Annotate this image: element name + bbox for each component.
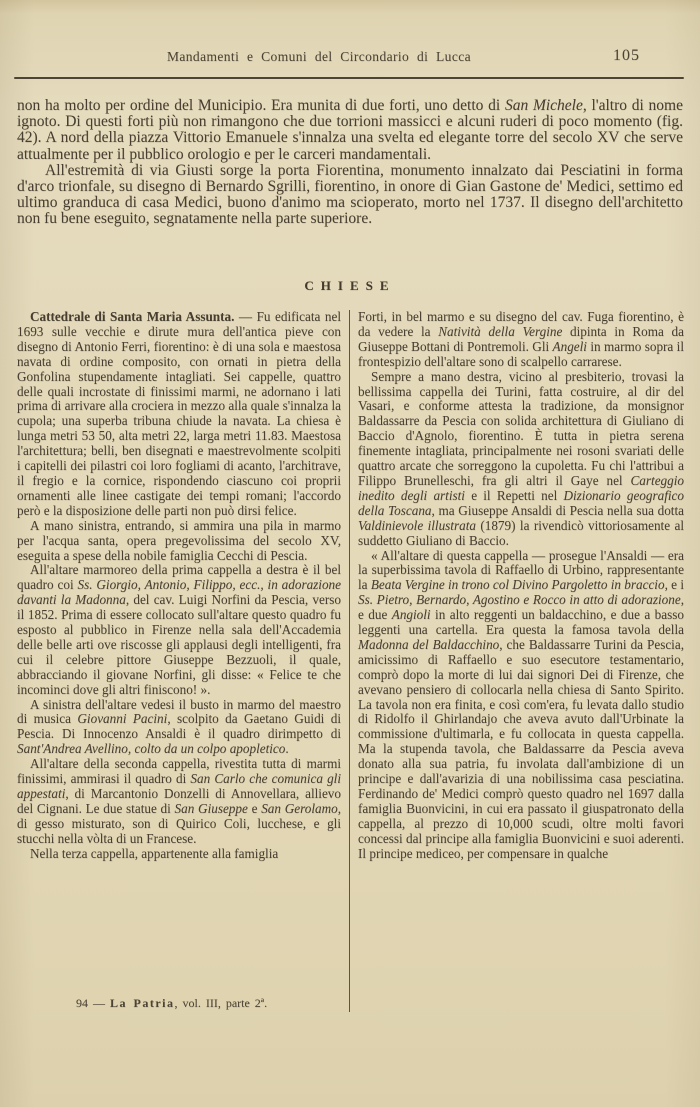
text-run: Sempre a mano destra, vicino al presbite… [358, 369, 684, 488]
text-run: , ma Giuseppe Ansaldi di Pescia nella su… [432, 503, 684, 518]
paragraph: All'estremità di via Giusti sorge la por… [17, 163, 683, 228]
text-run: e il Repetti nel [465, 488, 564, 503]
page-header: Mandamenti e Comuni del Circondario di L… [0, 49, 700, 69]
paragraph: A mano sinistra, entrando, si ammira una… [17, 519, 341, 564]
text-run: San Giuseppe [175, 801, 248, 816]
text-run: Madonna del Baldacchino [358, 637, 499, 652]
text-run: La Patria [110, 996, 175, 1010]
two-column-text: Cattedrale di Santa Maria Assunta. — Fu … [17, 310, 684, 1012]
header-rule [14, 77, 684, 79]
text-run: A mano sinistra, entrando, si ammira una… [17, 518, 341, 563]
left-column: Cattedrale di Santa Maria Assunta. — Fu … [17, 310, 349, 1012]
text-run: Nella terza cappella, appartenente alla … [30, 846, 278, 861]
paragraph: Sempre a mano destra, vicino al presbite… [358, 370, 684, 549]
running-title: Mandamenti e Comuni del Circondario di L… [0, 49, 638, 65]
paragraph: Cattedrale di Santa Maria Assunta. — Fu … [17, 310, 341, 519]
text-run: Natività della Vergine [438, 324, 562, 339]
paragraph: « All'altare di questa cappella — proseg… [358, 549, 684, 862]
text-run: San Gerolamo [261, 801, 338, 816]
paragraph: All'altare della seconda cappella, rives… [17, 757, 341, 846]
text-run: Ss. Pietro, Bernardo, Agostino e Rocco i… [358, 592, 681, 607]
text-run: — Fu edificata nel 1693 sulle vecchie e … [17, 310, 341, 518]
text-run: . [285, 741, 288, 756]
paragraph: non ha molto per ordine del Municipio. E… [17, 98, 683, 163]
text-run: Angeli [553, 339, 587, 354]
text-run: Angioli [392, 607, 431, 622]
right-column: Forti, in bel marmo e su disegno del cav… [349, 310, 684, 1012]
text-run: Giovanni Pacini [77, 711, 167, 726]
page-footer: 94 — La Patria, vol. III, parte 2ª. [76, 996, 267, 1011]
section-heading-chiese: CHIESE [0, 278, 700, 294]
text-run: Valdinievole illustrata [358, 518, 476, 533]
paragraph: Forti, in bel marmo e su disegno del cav… [358, 310, 684, 370]
text-run: , vol. III, parte 2ª. [175, 996, 268, 1010]
text-run: , del cav. Luigi Norfini da Pescia, vers… [17, 592, 341, 696]
text-run: Cattedrale di Santa Maria Assunta. [30, 310, 234, 324]
text-run: All'estremità di via Giusti sorge la por… [17, 162, 683, 228]
paragraph: Nella terza cappella, appartenente alla … [17, 847, 341, 862]
page-number: 105 [613, 47, 640, 65]
book-page: Mandamenti e Comuni del Circondario di L… [0, 0, 700, 1107]
text-run: Beata Vergine in trono col Divino Pargol… [371, 577, 665, 592]
text-run: 94 — [76, 996, 110, 1010]
text-run: e [248, 801, 261, 816]
text-run: , che Baldassarre Turini da Pescia, amic… [358, 637, 684, 861]
text-run: , e i [665, 577, 684, 592]
text-run: Sant'Andrea Avellino, colto da un colpo … [17, 741, 285, 756]
intro-text-block: non ha molto per ordine del Municipio. E… [17, 98, 683, 228]
paragraph: All'altare marmoreo della prima cappella… [17, 563, 341, 697]
paragraph: A sinistra dell'altare vedesi il busto i… [17, 698, 341, 758]
text-run: non ha molto per ordine del Municipio. E… [17, 97, 505, 114]
text-run: San Michele [505, 97, 583, 114]
